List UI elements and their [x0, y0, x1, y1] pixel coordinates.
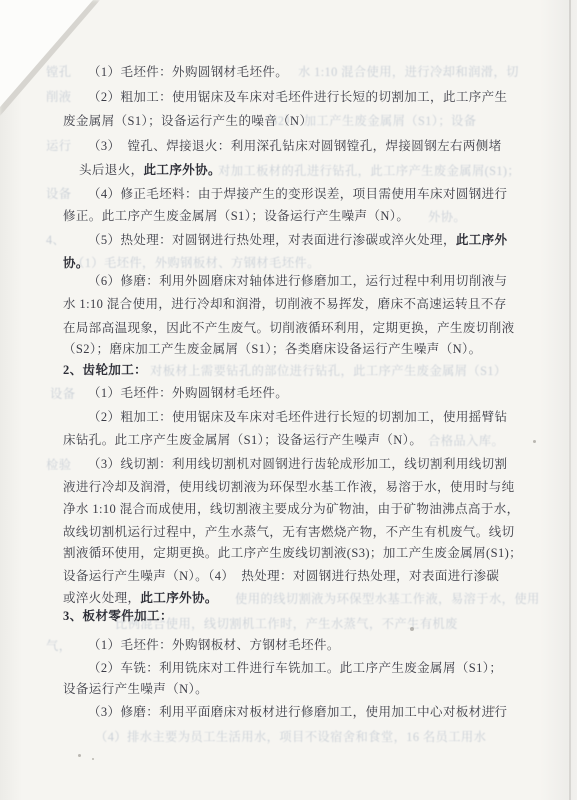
- scan-speck: [410, 627, 414, 631]
- scan-speck: [492, 706, 495, 709]
- scan-specks: [0, 0, 577, 800]
- scan-speck: [92, 758, 94, 760]
- scanned-page: 镗孔水 1:10 混合使用，进行冷却和润滑，切削液（S2）；加工产生废金属屑（S…: [0, 0, 577, 800]
- scan-speck: [533, 440, 536, 443]
- scan-speck: [78, 754, 81, 757]
- scan-speck: [452, 93, 454, 95]
